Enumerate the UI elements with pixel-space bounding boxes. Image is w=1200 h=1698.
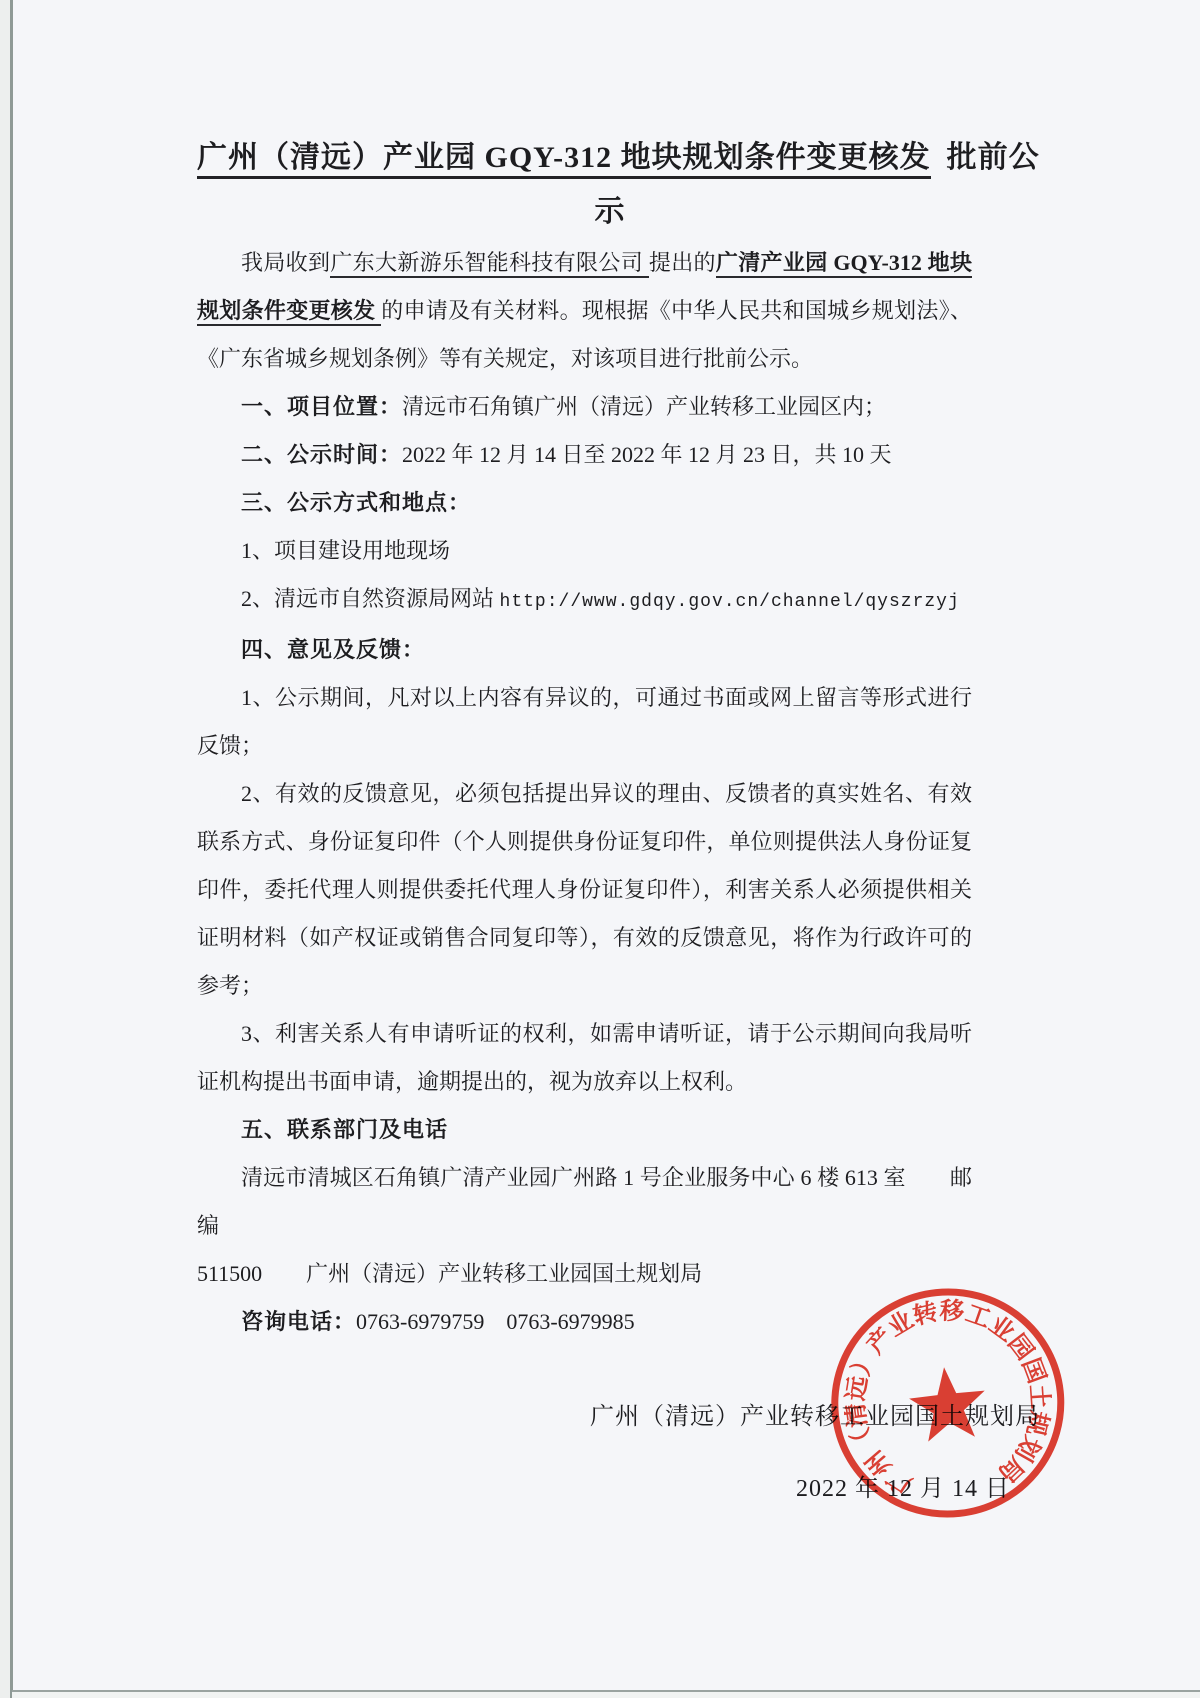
website-prefix: 2、清远市自然资源局网站 bbox=[241, 586, 500, 611]
contact-address-line1: 清远市清城区石角镇广清产业园广州路 1 号企业服务中心 6 楼 613 室 邮编 bbox=[197, 1154, 972, 1250]
seal-star-icon bbox=[906, 1363, 989, 1443]
feedback-item-1: 1、公示期间，凡对以上内容有异议的，可通过书面或网上留言等形式进行反馈； bbox=[197, 674, 972, 770]
contact-address-line2: 511500 广州（清远）产业转移工业园国土规划局 bbox=[197, 1250, 972, 1298]
applicant-name: 广东大新游乐智能科技有限公司 bbox=[330, 250, 649, 278]
notice-body: 广州（清远）产业园 GQY-312 地块规划条件变更核发批前公 示 我局收到广东… bbox=[197, 0, 972, 1346]
seal-svg: 广州（清远）产业转移工业园国土规划局 bbox=[814, 1271, 1082, 1539]
feedback-item-3: 3、利害关系人有申请听证的权利，如需申请听证，请于公示期间向我局听证机构提出书面… bbox=[197, 1010, 972, 1106]
section-feedback-label: 四、意见及反馈： bbox=[241, 637, 425, 662]
method-item-website: 2、清远市自然资源局网站 http://www.gdqy.gov.cn/chan… bbox=[197, 575, 972, 626]
section-location-label: 一、项目位置： bbox=[241, 394, 402, 419]
method-item-site: 1、项目建设用地现场 bbox=[197, 527, 972, 575]
scan-left-margin bbox=[0, 0, 10, 1698]
phone-numbers: 0763-6979759 0763-6979985 bbox=[356, 1309, 635, 1334]
title-wrap-char: 示 bbox=[197, 185, 1023, 239]
title-tail-text: 批前公 bbox=[947, 141, 1040, 174]
section-contact-label: 五、联系部门及电话 bbox=[241, 1117, 448, 1142]
section-period-label: 二、公示时间： bbox=[241, 442, 402, 467]
feedback-item-2: 2、有效的反馈意见，必须包括提出异议的理由、反馈者的真实姓名、有效联系方式、身份… bbox=[197, 770, 972, 1010]
section-method: 三、公示方式和地点： bbox=[197, 479, 972, 527]
intro-text-2: 提出的 bbox=[649, 250, 716, 275]
section-method-label: 三、公示方式和地点： bbox=[241, 490, 471, 515]
website-url: http://www.gdqy.gov.cn/channel/qyszrzyj bbox=[500, 592, 960, 612]
intro-text-1: 我局收到 bbox=[241, 250, 330, 275]
scan-bottom-margin bbox=[12, 1692, 1200, 1698]
section-period-text: 2022 年 12 月 14 日至 2022 年 12 月 23 日，共 10 … bbox=[402, 442, 892, 467]
section-location-text: 清远市石角镇广州（清远）产业转移工业园区内； bbox=[402, 394, 886, 419]
section-period: 二、公示时间：2022 年 12 月 14 日至 2022 年 12 月 23 … bbox=[197, 431, 972, 479]
scan-page-left-edge-line bbox=[10, 0, 13, 1698]
phone-label: 咨询电话： bbox=[241, 1309, 356, 1334]
scanned-document-page: 广州（清远）产业园 GQY-312 地块规划条件变更核发批前公 示 我局收到广东… bbox=[0, 0, 1200, 1698]
official-seal-stamp: 广州（清远）产业转移工业园国土规划局 bbox=[814, 1271, 1082, 1539]
section-feedback: 四、意见及反馈： bbox=[197, 626, 972, 674]
notice-title: 广州（清远）产业园 GQY-312 地块规划条件变更核发批前公 示 bbox=[197, 131, 972, 239]
intro-paragraph: 我局收到广东大新游乐智能科技有限公司 提出的广清产业园 GQY-312 地块规划… bbox=[197, 239, 972, 383]
section-contact: 五、联系部门及电话 bbox=[197, 1106, 972, 1154]
title-underlined-text: 广州（清远）产业园 GQY-312 地块规划条件变更核发 bbox=[197, 141, 931, 179]
section-location: 一、项目位置：清远市石角镇广州（清远）产业转移工业园区内； bbox=[197, 383, 972, 431]
